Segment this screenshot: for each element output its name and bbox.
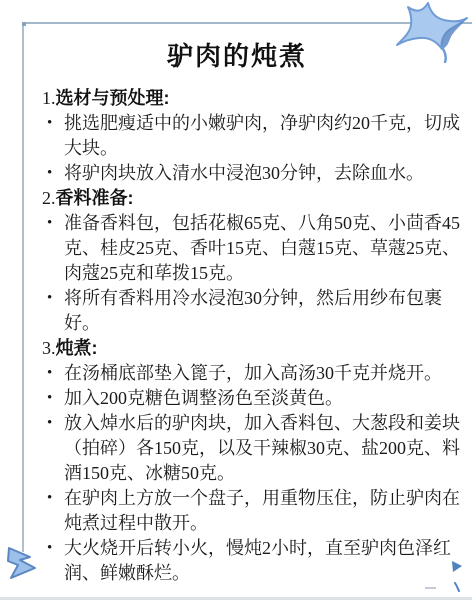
list-item: •挑选肥瘦适中的小嫩驴肉，净驴肉约20千克，切成大块。 — [42, 111, 462, 161]
section: 1.选材与预处理:•挑选肥瘦适中的小嫩驴肉，净驴肉约20千克，切成大块。•将驴肉… — [42, 86, 462, 186]
bullet-icon: • — [42, 361, 64, 386]
section-number: 2. — [42, 188, 56, 208]
list-item-text: 加入200克糖色调整汤色至淡黄色。 — [64, 386, 462, 411]
bullet-icon: • — [42, 386, 64, 411]
recipe-card: 驴肉的炖煮 1.选材与预处理:•挑选肥瘦适中的小嫩驴肉，净驴肉约20千克，切成大… — [24, 24, 472, 586]
bullet-icon: • — [42, 486, 64, 511]
list-item-text: 将驴肉块放入清水中浸泡30分钟，去除血水。 — [64, 161, 462, 186]
section-heading: 3.炖煮: — [42, 336, 462, 361]
bullet-icon: • — [42, 111, 64, 136]
bullet-icon: • — [42, 211, 64, 236]
faint-dash — [425, 587, 436, 589]
list-item: •将驴肉块放入清水中浸泡30分钟，去除血水。 — [42, 161, 462, 186]
section-heading: 2.香料准备: — [42, 186, 462, 211]
list-item-text: 放入焯水后的驴肉块，加入香料包、大葱段和姜块（拍碎）各150克，以及干辣椒30克… — [64, 411, 462, 486]
list-item: •将所有香料用冷水浸泡30分钟，然后用纱布包裹好。 — [42, 286, 462, 336]
bullet-icon: • — [42, 161, 64, 186]
section: 2.香料准备:•准备香料包，包括花椒65克、八角50克、小茴香45克、桂皮25克… — [42, 186, 462, 336]
list-item-text: 将所有香料用冷水浸泡30分钟，然后用纱布包裹好。 — [64, 286, 462, 336]
list-item-text: 在汤桶底部垫入篦子，加入高汤30千克并烧开。 — [64, 361, 462, 386]
bullet-icon: • — [42, 286, 64, 311]
list-item: •加入200克糖色调整汤色至淡黄色。 — [42, 386, 462, 411]
section-heading: 1.选材与预处理: — [42, 86, 462, 111]
bullet-icon: • — [42, 536, 64, 561]
list-item-text: 挑选肥瘦适中的小嫩驴肉，净驴肉约20千克，切成大块。 — [64, 111, 462, 161]
section-heading-text: 选材与预处理: — [56, 88, 170, 108]
section-heading-text: 香料准备: — [56, 188, 134, 208]
list-item: •放入焯水后的驴肉块，加入香料包、大葱段和姜块（拍碎）各150克，以及干辣椒30… — [42, 411, 462, 486]
page-title: 驴肉的炖煮 — [24, 36, 472, 73]
list-item: •准备香料包，包括花椒65克、八角50克、小茴香45克、桂皮25克、香叶15克、… — [42, 211, 462, 286]
list-item-text: 准备香料包，包括花椒65克、八角50克、小茴香45克、桂皮25克、香叶15克、白… — [64, 211, 462, 286]
section-number: 3. — [42, 338, 56, 358]
section-number: 1. — [42, 88, 56, 108]
list-item: •在汤桶底部垫入篦子，加入高汤30千克并烧开。 — [42, 361, 462, 386]
section: 3.炖煮:•在汤桶底部垫入篦子，加入高汤30千克并烧开。•加入200克糖色调整汤… — [42, 336, 462, 586]
bullet-icon: • — [42, 411, 64, 436]
sections: 1.选材与预处理:•挑选肥瘦适中的小嫩驴肉，净驴肉约20千克，切成大块。•将驴肉… — [24, 86, 472, 586]
list-item-text: 在驴肉上方放一个盘子，用重物压住，防止驴肉在炖煮过程中散开。 — [64, 486, 462, 536]
list-item-text: 大火烧开后转小火，慢炖2小时，直至驴肉色泽红润、鲜嫩酥烂。 — [64, 536, 462, 586]
list-item: •大火烧开后转小火，慢炖2小时，直至驴肉色泽红润、鲜嫩酥烂。 — [42, 536, 462, 586]
list-item: •在驴肉上方放一个盘子，用重物压住，防止驴肉在炖煮过程中散开。 — [42, 486, 462, 536]
section-heading-text: 炖煮: — [56, 338, 98, 358]
